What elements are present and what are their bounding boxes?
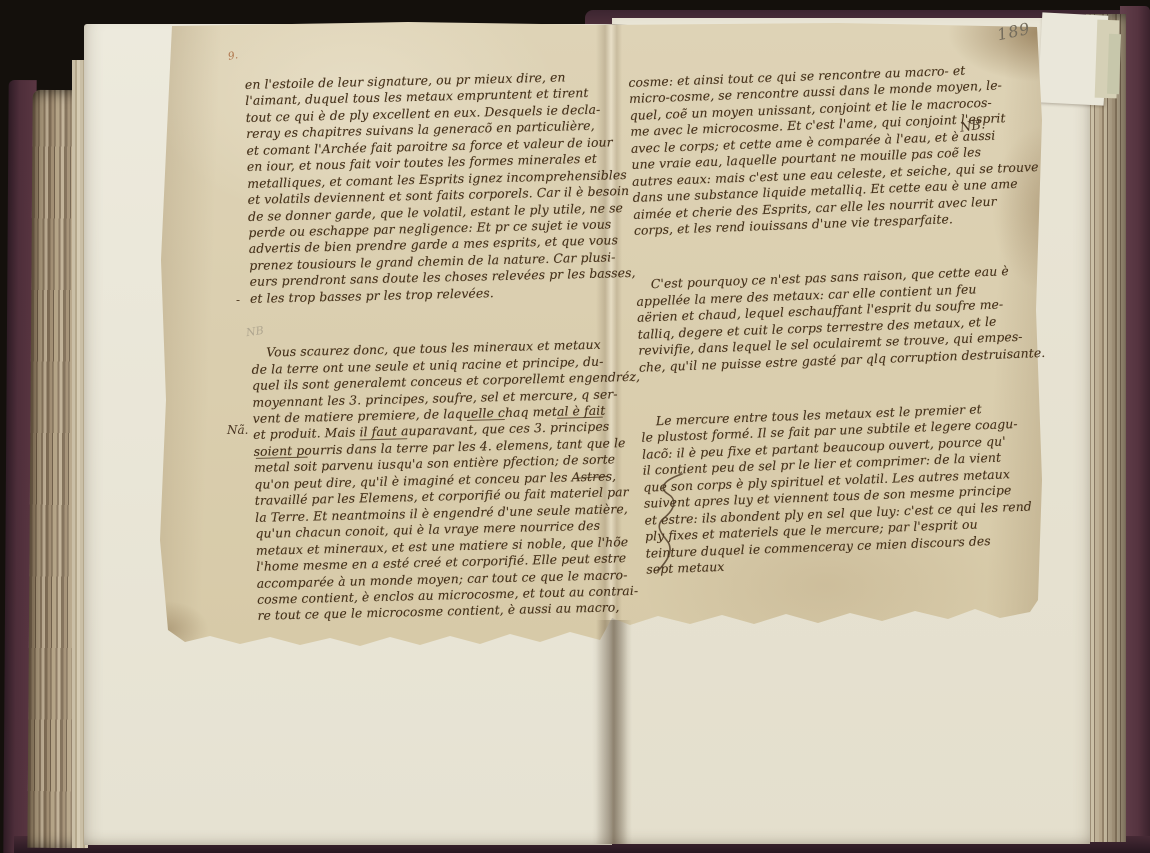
left-paragraph-1: en l'estoile de leur signature, ou pr mi…: [245, 68, 625, 307]
page-corner-flap: [1107, 34, 1121, 94]
margin-mark-dash: -: [236, 293, 240, 307]
photograph-background: { "document": { "folio_number": "189", "…: [0, 0, 1150, 853]
right-paragraph-2: C'est pourquoy ce n'est pas sans raison,…: [636, 261, 1073, 376]
left-page-text-block: en l'estoile de leur signature, ou pr mi…: [244, 35, 635, 723]
margin-mark-nine: 9.: [227, 49, 239, 63]
left-paragraph-2: Vous scaurez donc, que tous les mineraux…: [251, 336, 632, 624]
page-edges-stack-right: [1086, 14, 1126, 842]
margin-mark-nota: Nã.: [227, 423, 248, 437]
right-paragraph-1: cosme: et ainsi tout ce qui se rencontre…: [628, 59, 1068, 239]
margin-mark-pencil-nb: NB: [245, 324, 264, 339]
flourish-mark: [644, 470, 714, 574]
